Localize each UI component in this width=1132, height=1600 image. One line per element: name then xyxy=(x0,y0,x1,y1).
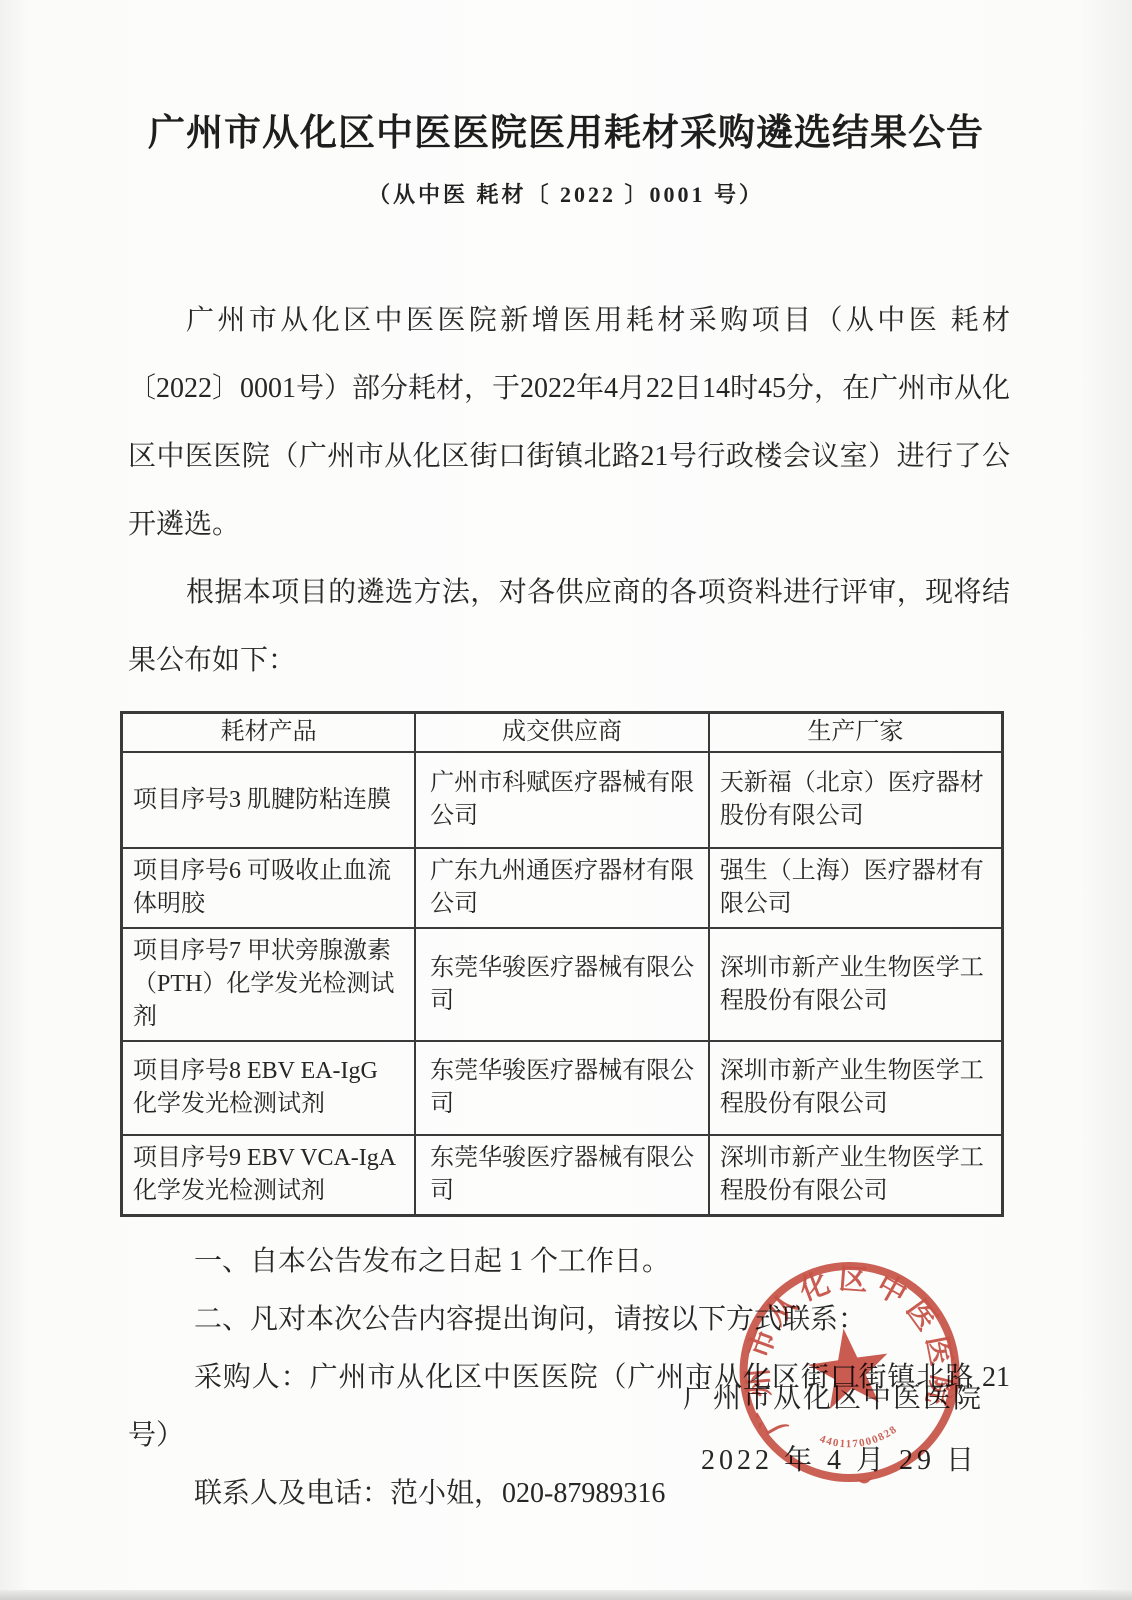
cell-supplier: 东莞华骏医疗器械有限公司 xyxy=(415,1135,709,1216)
scanned-document-page: 广州市从化区中医医院医用耗材采购遴选结果公告 （从中医 耗材〔 2022 〕00… xyxy=(0,0,1132,1600)
cell-manufacturer: 强生（上海）医疗器材有限公司 xyxy=(709,848,1003,928)
cell-product: 项目序号7 甲状旁腺激素（PTH）化学发光检测试剂 xyxy=(122,928,416,1041)
col-header-supplier: 成交供应商 xyxy=(415,713,709,753)
table-row: 项目序号8 EBV EA-IgG 化学发光检测试剂 东莞华骏医疗器械有限公司 深… xyxy=(122,1041,1003,1135)
review-paragraph: 根据本项目的遴选方法，对各供应商的各项资料进行评审，现将结果公布如下： xyxy=(128,559,1010,695)
document-number: （从中医 耗材〔 2022 〕0001 号） xyxy=(0,178,1132,209)
cell-supplier: 广东九州通医疗器材有限公司 xyxy=(415,848,709,928)
page-title: 广州市从化区中医医院医用耗材采购遴选结果公告 xyxy=(60,102,1072,156)
cell-product: 项目序号9 EBV VCA-IgA 化学发光检测试剂 xyxy=(122,1135,416,1216)
table-row: 项目序号3 肌腱防粘连膜 广州市科赋医疗器械有限公司 天新福（北京）医疗器材股份… xyxy=(122,752,1003,848)
body-block: 广州市从化区中医医院新增医用耗材采购项目（从中医 耗材〔2022〕0001号）部… xyxy=(128,287,1010,1217)
cell-supplier: 东莞华骏医疗器械有限公司 xyxy=(415,1041,709,1135)
cell-manufacturer: 深圳市新产业生物医学工程股份有限公司 xyxy=(709,928,1003,1041)
table-row: 项目序号6 可吸收止血流体明胶 广东九州通医疗器材有限公司 强生（上海）医疗器材… xyxy=(122,848,1003,928)
cell-product: 项目序号8 EBV EA-IgG 化学发光检测试剂 xyxy=(122,1041,416,1135)
cell-product: 项目序号6 可吸收止血流体明胶 xyxy=(122,848,416,928)
note-working-day: 一、自本公告发布之日起 1 个工作日。 xyxy=(128,1233,1010,1291)
col-header-product: 耗材产品 xyxy=(122,713,416,753)
cell-manufacturer: 天新福（北京）医疗器材股份有限公司 xyxy=(709,752,1003,848)
table-row: 项目序号7 甲状旁腺激素（PTH）化学发光检测试剂 东莞华骏医疗器械有限公司 深… xyxy=(122,928,1003,1041)
intro-paragraph: 广州市从化区中医医院新增医用耗材采购项目（从中医 耗材〔2022〕0001号）部… xyxy=(128,287,1010,559)
table-header-row: 耗材产品 成交供应商 生产厂家 xyxy=(122,713,1003,753)
table-row: 项目序号9 EBV VCA-IgA 化学发光检测试剂 东莞华骏医疗器械有限公司 … xyxy=(122,1135,1003,1216)
selection-result-table: 耗材产品 成交供应商 生产厂家 项目序号3 肌腱防粘连膜 广州市科赋医疗器械有限… xyxy=(120,711,1004,1217)
signature-date: 2022 年 4 月 29 日 xyxy=(701,1438,978,1478)
cell-manufacturer: 深圳市新产业生物医学工程股份有限公司 xyxy=(709,1041,1003,1135)
table-header: 耗材产品 成交供应商 生产厂家 xyxy=(122,713,1003,753)
cell-manufacturer: 深圳市新产业生物医学工程股份有限公司 xyxy=(709,1135,1003,1216)
col-header-manufacturer: 生产厂家 xyxy=(709,713,1003,753)
cell-supplier: 广州市科赋医疗器械有限公司 xyxy=(415,752,709,848)
cell-supplier: 东莞华骏医疗器械有限公司 xyxy=(415,928,709,1041)
cell-product: 项目序号3 肌腱防粘连膜 xyxy=(122,752,416,848)
note-inquiry: 二、凡对本次公告内容提出询问，请按以下方式联系： xyxy=(128,1291,1010,1349)
signature-org: 广州市从化区中医医院 xyxy=(683,1376,983,1416)
